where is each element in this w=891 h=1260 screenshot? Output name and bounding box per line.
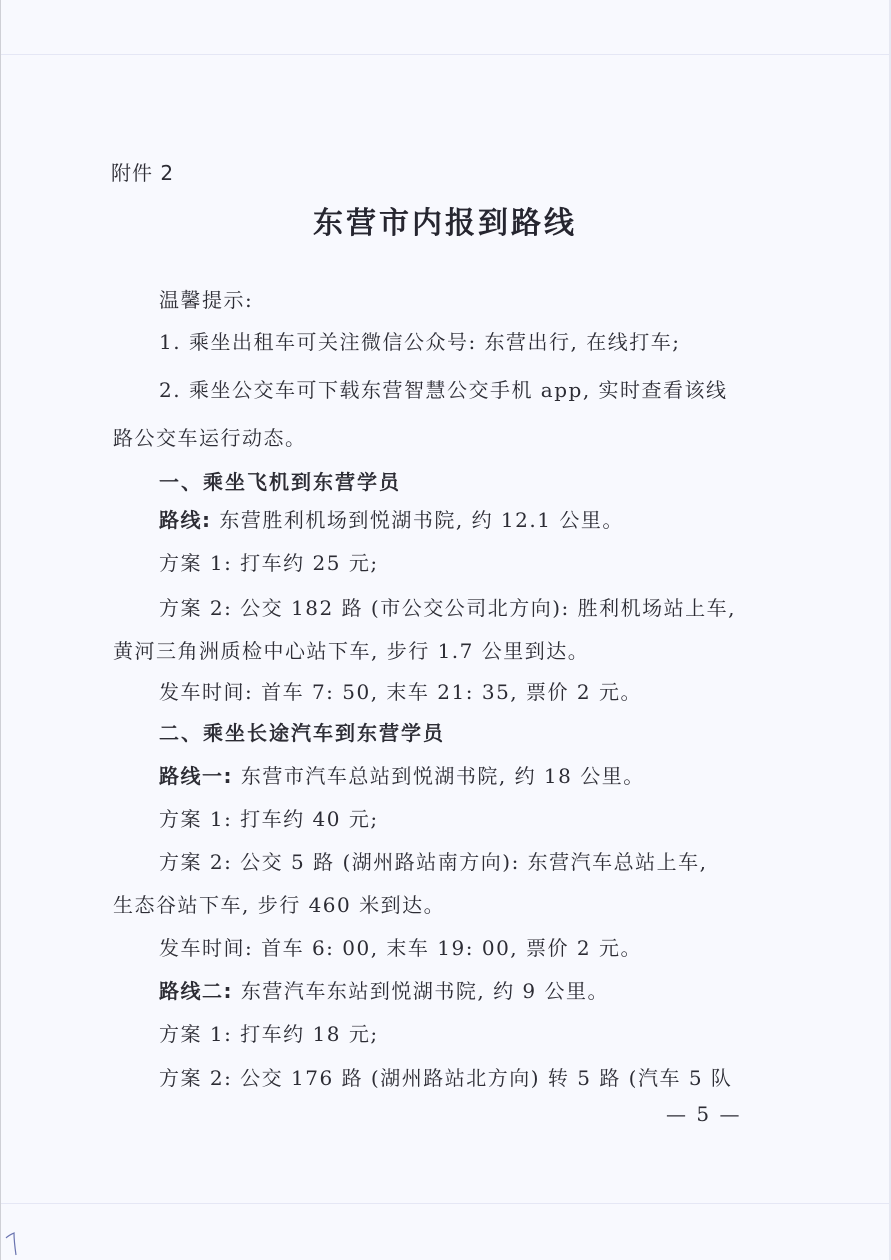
plan-taxi: 方案 1: 打车约 18 元; [159,1020,379,1048]
section-heading-plane: 一、乘坐飞机到东营学员 [159,468,401,496]
section-heading-coach: 二、乘坐长途汽车到东营学员 [159,719,445,747]
tip-item: 2. 乘坐公交车可下载东营智慧公交手机 app, 实时查看该线 [159,376,728,404]
page-number: — 5 — [666,1102,741,1126]
route-label: 路线二: [159,979,233,1003]
bus-schedule: 发车时间: 首车 7: 50, 末车 21: 35, 票价 2 元。 [159,678,642,706]
tip-item: 1. 乘坐出租车可关注微信公众号: 东营出行, 在线打车; [159,328,681,356]
plan-taxi: 方案 1: 打车约 40 元; [159,805,379,833]
route-label: 路线一: [159,764,233,788]
route-text: 东营市汽车总站到悦湖书院, 约 18 公里。 [241,764,645,788]
route-text: 东营汽车东站到悦湖书院, 约 9 公里。 [241,979,609,1003]
tip-item-continuation: 路公交车运行动态。 [113,424,307,452]
route-line: 路线二: 东营汽车东站到悦湖书院, 约 9 公里。 [159,977,609,1005]
route-line: 路线一: 东营市汽车总站到悦湖书院, 约 18 公里。 [159,762,645,790]
plan-bus-continuation: 生态谷站下车, 步行 460 米到达。 [113,891,445,919]
pen-mark-icon [5,1232,19,1256]
plan-bus: 方案 2: 公交 182 路 (市公交公司北方向): 胜利机场站上车, [159,594,736,622]
bus-schedule: 发车时间: 首车 6: 00, 末车 19: 00, 票价 2 元。 [159,934,642,962]
plan-bus: 方案 2: 公交 5 路 (湖州路站南方向): 东营汽车总站上车, [159,848,708,876]
document-page: 附件 2 东营市内报到路线 温馨提示: 1. 乘坐出租车可关注微信公众号: 东营… [0,0,891,1260]
annex-label: 附件 2 [111,157,174,186]
route-line: 路线: 东营胜利机场到悦湖书院, 约 12.1 公里。 [159,506,624,534]
route-label: 路线: [159,508,212,532]
tips-heading: 温馨提示: [159,286,253,314]
scan-artifact-line [1,54,889,55]
plan-bus: 方案 2: 公交 176 路 (湖州路站北方向) 转 5 路 (汽车 5 队 [159,1064,732,1092]
route-text: 东营胜利机场到悦湖书院, 约 12.1 公里。 [219,508,623,532]
plan-taxi: 方案 1: 打车约 25 元; [159,549,379,577]
document-title: 东营市内报到路线 [1,198,889,242]
plan-bus-continuation: 黄河三角洲质检中心站下车, 步行 1.7 公里到达。 [113,637,589,665]
scan-artifact-line [1,1203,889,1204]
